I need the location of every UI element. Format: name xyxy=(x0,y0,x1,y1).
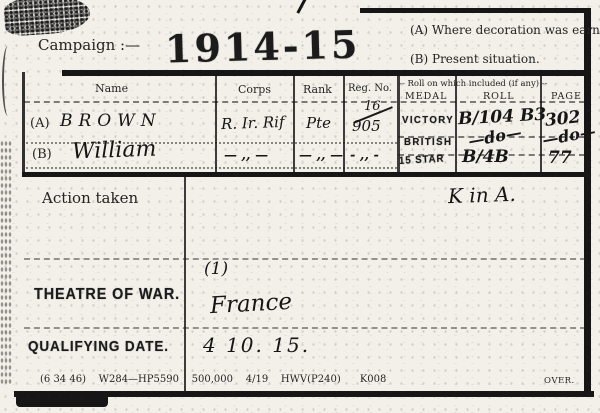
row-a-corps: R. Ir. Rif xyxy=(221,113,285,133)
row-a-rank: Pte xyxy=(306,114,331,132)
medal-star-roll: B/4B xyxy=(462,147,509,167)
medal-index-card: Campaign :— 1914-15 (A) Where decoration… xyxy=(0,0,600,413)
row-a-label: (A) xyxy=(30,116,50,131)
medal-british-label: BRITISH xyxy=(404,136,452,148)
rule-under-header xyxy=(62,70,591,76)
border-right xyxy=(584,8,591,397)
grid-col-medal-roll xyxy=(455,76,457,172)
row-b-rank-ditto: — ,, — xyxy=(299,148,343,163)
printer-code: (6 34 46) W284—HP5590 500,000 4/19 HWV(P… xyxy=(40,374,386,385)
col-header-rank: Rank xyxy=(303,83,332,96)
theatre-value: France xyxy=(209,289,292,319)
medal-star-label: 15 STAR xyxy=(399,153,445,167)
row-a-reg-no: 905 xyxy=(352,117,381,135)
grid-rule-row-b xyxy=(26,167,397,169)
theatre-number: (1) xyxy=(204,259,228,279)
grid-col-rank-reg xyxy=(343,76,345,172)
campaign-label: Campaign :— xyxy=(38,36,140,54)
border-top-right-box xyxy=(360,8,591,13)
col-header-corps: Corps xyxy=(238,83,271,96)
note-where-earned: (A) Where decoration was earned. xyxy=(410,23,600,37)
note-present-situation: (B) Present situation. xyxy=(410,52,540,66)
scan-curve-left xyxy=(2,46,16,116)
medal-star-page: 77 xyxy=(548,148,572,168)
grid-col-corps-rank xyxy=(293,76,295,172)
grid-col-name-corps xyxy=(215,76,217,172)
row-b-reg-ditto: - ,, - xyxy=(350,148,379,163)
row-a-surname: BROWN xyxy=(60,111,162,131)
over-label: Over. xyxy=(544,376,575,386)
row-b-corps-ditto: — ,, — xyxy=(224,148,268,163)
col-header-name: Name xyxy=(95,82,128,95)
row-b-label: (B) xyxy=(32,147,52,162)
medal-victory-label: VICTORY xyxy=(402,114,454,126)
scan-speckle-left-edge xyxy=(0,140,12,385)
table-bottom-rule xyxy=(22,172,588,177)
rule-qualifying-top xyxy=(24,327,586,329)
campaign-stamp: 1914-15 xyxy=(164,21,361,71)
row-b-forename: William xyxy=(72,137,157,165)
qualifying-date-value: 4 10. 15. xyxy=(203,333,310,357)
col-header-roll-span: -- Roll on which included (if any) -- xyxy=(399,79,548,89)
action-taken-label: Action taken xyxy=(42,189,138,207)
qualifying-date-label: QUALIFYING DATE. xyxy=(28,338,169,355)
lower-section-divider xyxy=(184,177,186,391)
scan-blob-bottom-left xyxy=(16,392,108,407)
col-header-reg-no: Reg. No. xyxy=(348,83,392,94)
action-note: K in A. xyxy=(448,182,517,208)
rule-theatre-top xyxy=(24,258,586,260)
grid-rule-header xyxy=(24,101,585,103)
scan-mark-top-center xyxy=(296,0,306,14)
border-left-table xyxy=(22,72,25,175)
theatre-of-war-label: THEATRE OF WAR. xyxy=(34,286,180,304)
scan-blob-top-left xyxy=(3,0,91,37)
